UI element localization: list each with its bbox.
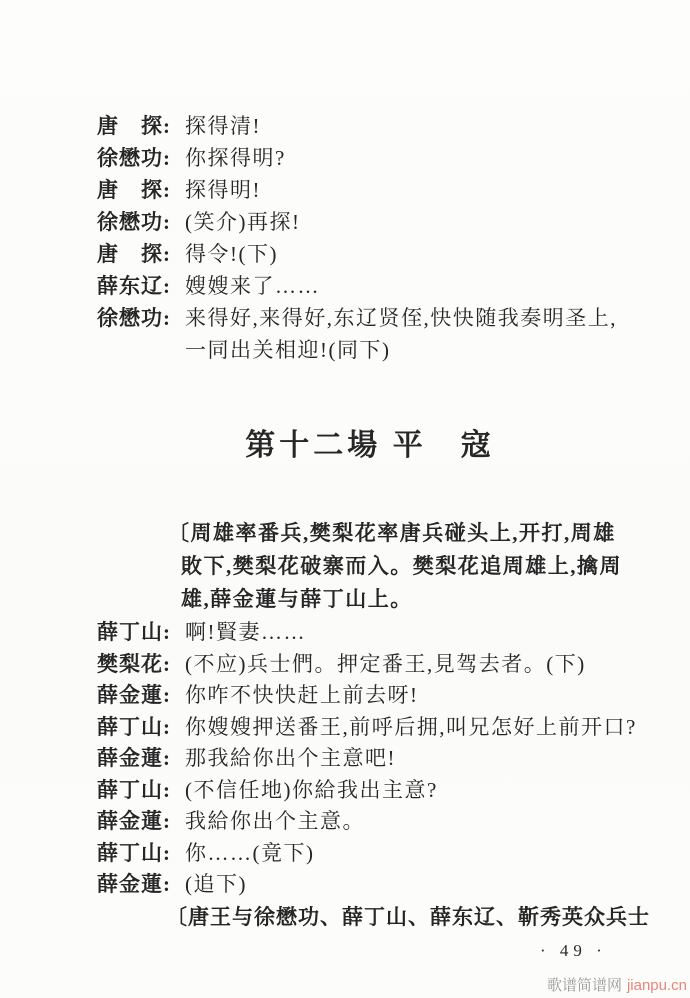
- dialogue-text: 你探得明?: [185, 142, 286, 174]
- dialogue-line: 薛丁山: (不信任地)你給我出主意?: [97, 775, 637, 807]
- speaker-name: 薛金蓮:: [97, 680, 185, 712]
- dialogue-text: 你嫂嫂押送番王,前呼后拥,叫兄怎好上前开口?: [185, 712, 637, 744]
- dialogue-text: 嫂嫂来了……: [185, 270, 320, 302]
- stage-direction-line: 〔周雄率番兵,樊梨花率唐兵碰头上,开打,周雄: [168, 517, 622, 550]
- speaker-name: 唐 探:: [97, 110, 185, 142]
- speaker-name: 薛丁山:: [97, 617, 185, 649]
- dialogue-text: (笑介)再探!: [185, 206, 300, 238]
- dialogue-text: 你……(竟下): [185, 838, 315, 870]
- stage-direction-line: 雄,薛金蓮与薛丁山上。: [168, 583, 622, 616]
- dialogue-text: 来得好,来得好,东辽贤侄,快快随我奏明圣上,: [185, 302, 617, 334]
- dialogue-continuation-line: 一同出关相迎!(同下): [97, 334, 617, 366]
- watermark-site-url: jianpu.cn: [622, 977, 687, 994]
- dialogue-line: 薛丁山: 你……(竟下): [97, 838, 637, 870]
- speaker-name: 薛丁山:: [97, 712, 185, 744]
- dialogue-text: 那我給你出个主意吧!: [185, 743, 396, 775]
- dialogue-text: 我給你出个主意。: [185, 806, 365, 838]
- dialogue-line: 薛金蓮: 我給你出个主意。: [97, 806, 637, 838]
- dialogue-line: 薛丁山: 你嫂嫂押送番王,前呼后拥,叫兄怎好上前开口?: [97, 712, 637, 744]
- dialogue-line: 薛丁山: 啊!賢妻……: [97, 617, 637, 649]
- closing-stage-direction: 〔唐王与徐懋功、薛丁山、薛东辽、靳秀英众兵士: [166, 901, 650, 931]
- speaker-name: 樊梨花:: [97, 649, 185, 681]
- dialogue-line: 徐懋功: 来得好,来得好,东辽贤侄,快快随我奏明圣上,: [97, 302, 617, 334]
- scene-title: 第十二場 平 寇: [97, 420, 643, 464]
- speaker-name: 薛金蓮:: [97, 806, 185, 838]
- speaker-name: 薛金蓮:: [97, 869, 185, 901]
- speaker-name: 薛金蓮:: [97, 743, 185, 775]
- stage-direction-line: 〔唐王与徐懋功、薛丁山、薛东辽、靳秀英众兵士: [166, 901, 650, 931]
- opening-stage-direction: 〔周雄率番兵,樊梨花率唐兵碰头上,开打,周雄 敗下,樊梨花破寨而入。樊梨花追周雄…: [168, 517, 622, 616]
- speaker-name: 徐懋功:: [97, 302, 185, 334]
- speaker-name: 唐 探:: [97, 174, 185, 206]
- dialogue-text: 探得清!: [185, 110, 261, 142]
- dialogue-text: (不信任地)你給我出主意?: [185, 775, 438, 807]
- top-dialogue-block: 唐 探: 探得清! 徐懋功: 你探得明? 唐 探: 探得明! 徐懋功: (笑介)…: [97, 110, 617, 366]
- speaker-name: 唐 探:: [97, 238, 185, 270]
- bottom-dialogue-block: 薛丁山: 啊!賢妻…… 樊梨花: (不应)兵士們。押定番王,見驾去者。(下) 薛…: [97, 617, 637, 901]
- dialogue-text: 一同出关相迎!(同下): [185, 334, 390, 366]
- stage-direction-line: 敗下,樊梨花破寨而入。樊梨花追周雄上,擒周: [168, 550, 622, 583]
- page-number: · 49 ·: [540, 941, 607, 961]
- dialogue-text: 啊!賢妻……: [185, 617, 306, 649]
- speaker-name: 徐懋功:: [97, 206, 185, 238]
- dialogue-line: 薛金蓮: (追下): [97, 869, 637, 901]
- speaker-name: 薛丁山:: [97, 775, 185, 807]
- dialogue-line: 徐懋功: 你探得明?: [97, 142, 617, 174]
- dialogue-line: 薛金蓮: 你咋不快快赶上前去呀!: [97, 680, 637, 712]
- dialogue-line: 唐 探: 探得明!: [97, 174, 617, 206]
- dialogue-text: (不应)兵士們。押定番王,見驾去者。(下): [185, 649, 586, 681]
- speaker-name: [97, 334, 185, 366]
- watermark-site-name: 歌谱简谱网: [547, 977, 622, 994]
- dialogue-text: 探得明!: [185, 174, 261, 206]
- watermark: 歌谱简谱网jianpu.cn: [547, 974, 687, 995]
- dialogue-line: 樊梨花: (不应)兵士們。押定番王,見驾去者。(下): [97, 649, 637, 681]
- dialogue-line: 唐 探: 得令!(下): [97, 238, 617, 270]
- dialogue-line: 唐 探: 探得清!: [97, 110, 617, 142]
- speaker-name: 徐懋功:: [97, 142, 185, 174]
- dialogue-text: 你咋不快快赶上前去呀!: [185, 680, 419, 712]
- scanned-script-page: 唐 探: 探得清! 徐懋功: 你探得明? 唐 探: 探得明! 徐懋功: (笑介)…: [0, 0, 690, 998]
- dialogue-text: (追下): [185, 869, 247, 901]
- dialogue-line: 徐懋功: (笑介)再探!: [97, 206, 617, 238]
- dialogue-line: 薛东辽: 嫂嫂来了……: [97, 270, 617, 302]
- dialogue-line: 薛金蓮: 那我給你出个主意吧!: [97, 743, 637, 775]
- dialogue-text: 得令!(下): [185, 238, 278, 270]
- speaker-name: 薛东辽:: [97, 270, 185, 302]
- speaker-name: 薛丁山:: [97, 838, 185, 870]
